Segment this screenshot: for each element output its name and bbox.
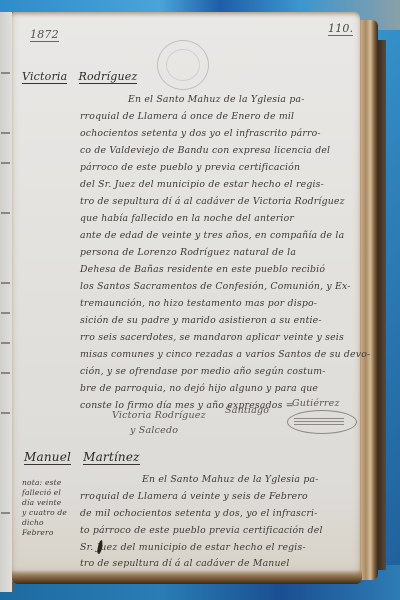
entry-1-line: rroquial de Llamera á once de Enero de m… [80,111,294,122]
entry-1-first-name: Victoria [22,70,67,84]
entry-2-first-name: Manuel [24,450,71,465]
entry-2-line: Sr. Juez del municipio de estar hecho el… [80,542,306,553]
entry-1-line: ción, y se ofrendase por medio año según… [80,366,326,377]
entry-1-line: párroco de este pueblo y previa certific… [80,162,300,173]
entry-1-line: tremaunción, no hizo testamento mas por … [80,298,317,309]
aged-page-bottom-edge [12,570,362,584]
signature-priest-last: Gutiérrez [292,398,340,409]
entry-1-line: rro seis sacerdotes, se mandaron aplicar… [80,332,344,343]
entry-1-line: Dehesa de Bañas residente en este pueblo… [80,264,325,275]
entry-2-deceased-name: Manuel Martínez [24,450,140,464]
entry-2-line: En el Santo Mahuz de la Yglesia pa- [142,474,319,485]
entry-1-line: ante de edad de veinte y tres años, en c… [80,230,344,241]
entry-1-line: co de Valdeviejo de Bandu con expresa li… [80,145,330,156]
entry-2-margin-note: nota: este falleció el día veinte y cuat… [22,478,68,538]
entry-1-line: En el Santo Mahuz de la Yglesia pa- [128,94,305,105]
entry-2-last-name: Martínez [83,450,140,465]
entry-1-last-name: Rodríguez [79,70,138,84]
year-heading: 1872 [30,28,59,42]
entry-1-line: ochocientos setenta y dos yo el infrascr… [80,128,321,139]
entry-2-line: to párroco de este pueblo previa certifi… [80,525,323,536]
entry-2-line: de mil ochocientos setenta y dos, yo el … [80,508,318,519]
page-number: 110. [328,22,353,36]
entry-1-line: que había fallecido en la noche del ante… [80,213,294,224]
entry-1-line: tro de sepultura dí á al cadáver de Vict… [80,196,345,207]
entry-1-line: del Sr. Juez del municipio de estar hech… [80,179,324,190]
signature-witness-2: y Salcedo [130,425,178,436]
entry-1-line: bre de parroquia, no dejó hijo alguno y … [80,383,318,394]
signature-flourish-rubric [287,410,357,434]
entry-1-deceased-name: Victoria Rodríguez [22,70,137,83]
signature-priest-first: Santiago [225,405,269,416]
entry-1-line: sición de su padre y marido asistieron a… [80,315,322,326]
entry-1-line: misas comunes y cinco rezadas a varios S… [80,349,370,360]
signature-witness: Victoria Rodríguez [112,410,206,421]
entry-2-line: rroquial de Llamera á veinte y seis de F… [80,491,308,502]
book-cover-edge [378,40,386,570]
entry-2-line: tro de sepultura dí á al cadáver de Manu… [80,558,290,569]
entry-1-line: persona de Lorenzo Rodríguez natural de … [80,247,296,258]
entry-1-line: los Santos Sacramentos de Confesión, Com… [80,281,351,292]
embossed-seal-stamp [157,40,209,90]
